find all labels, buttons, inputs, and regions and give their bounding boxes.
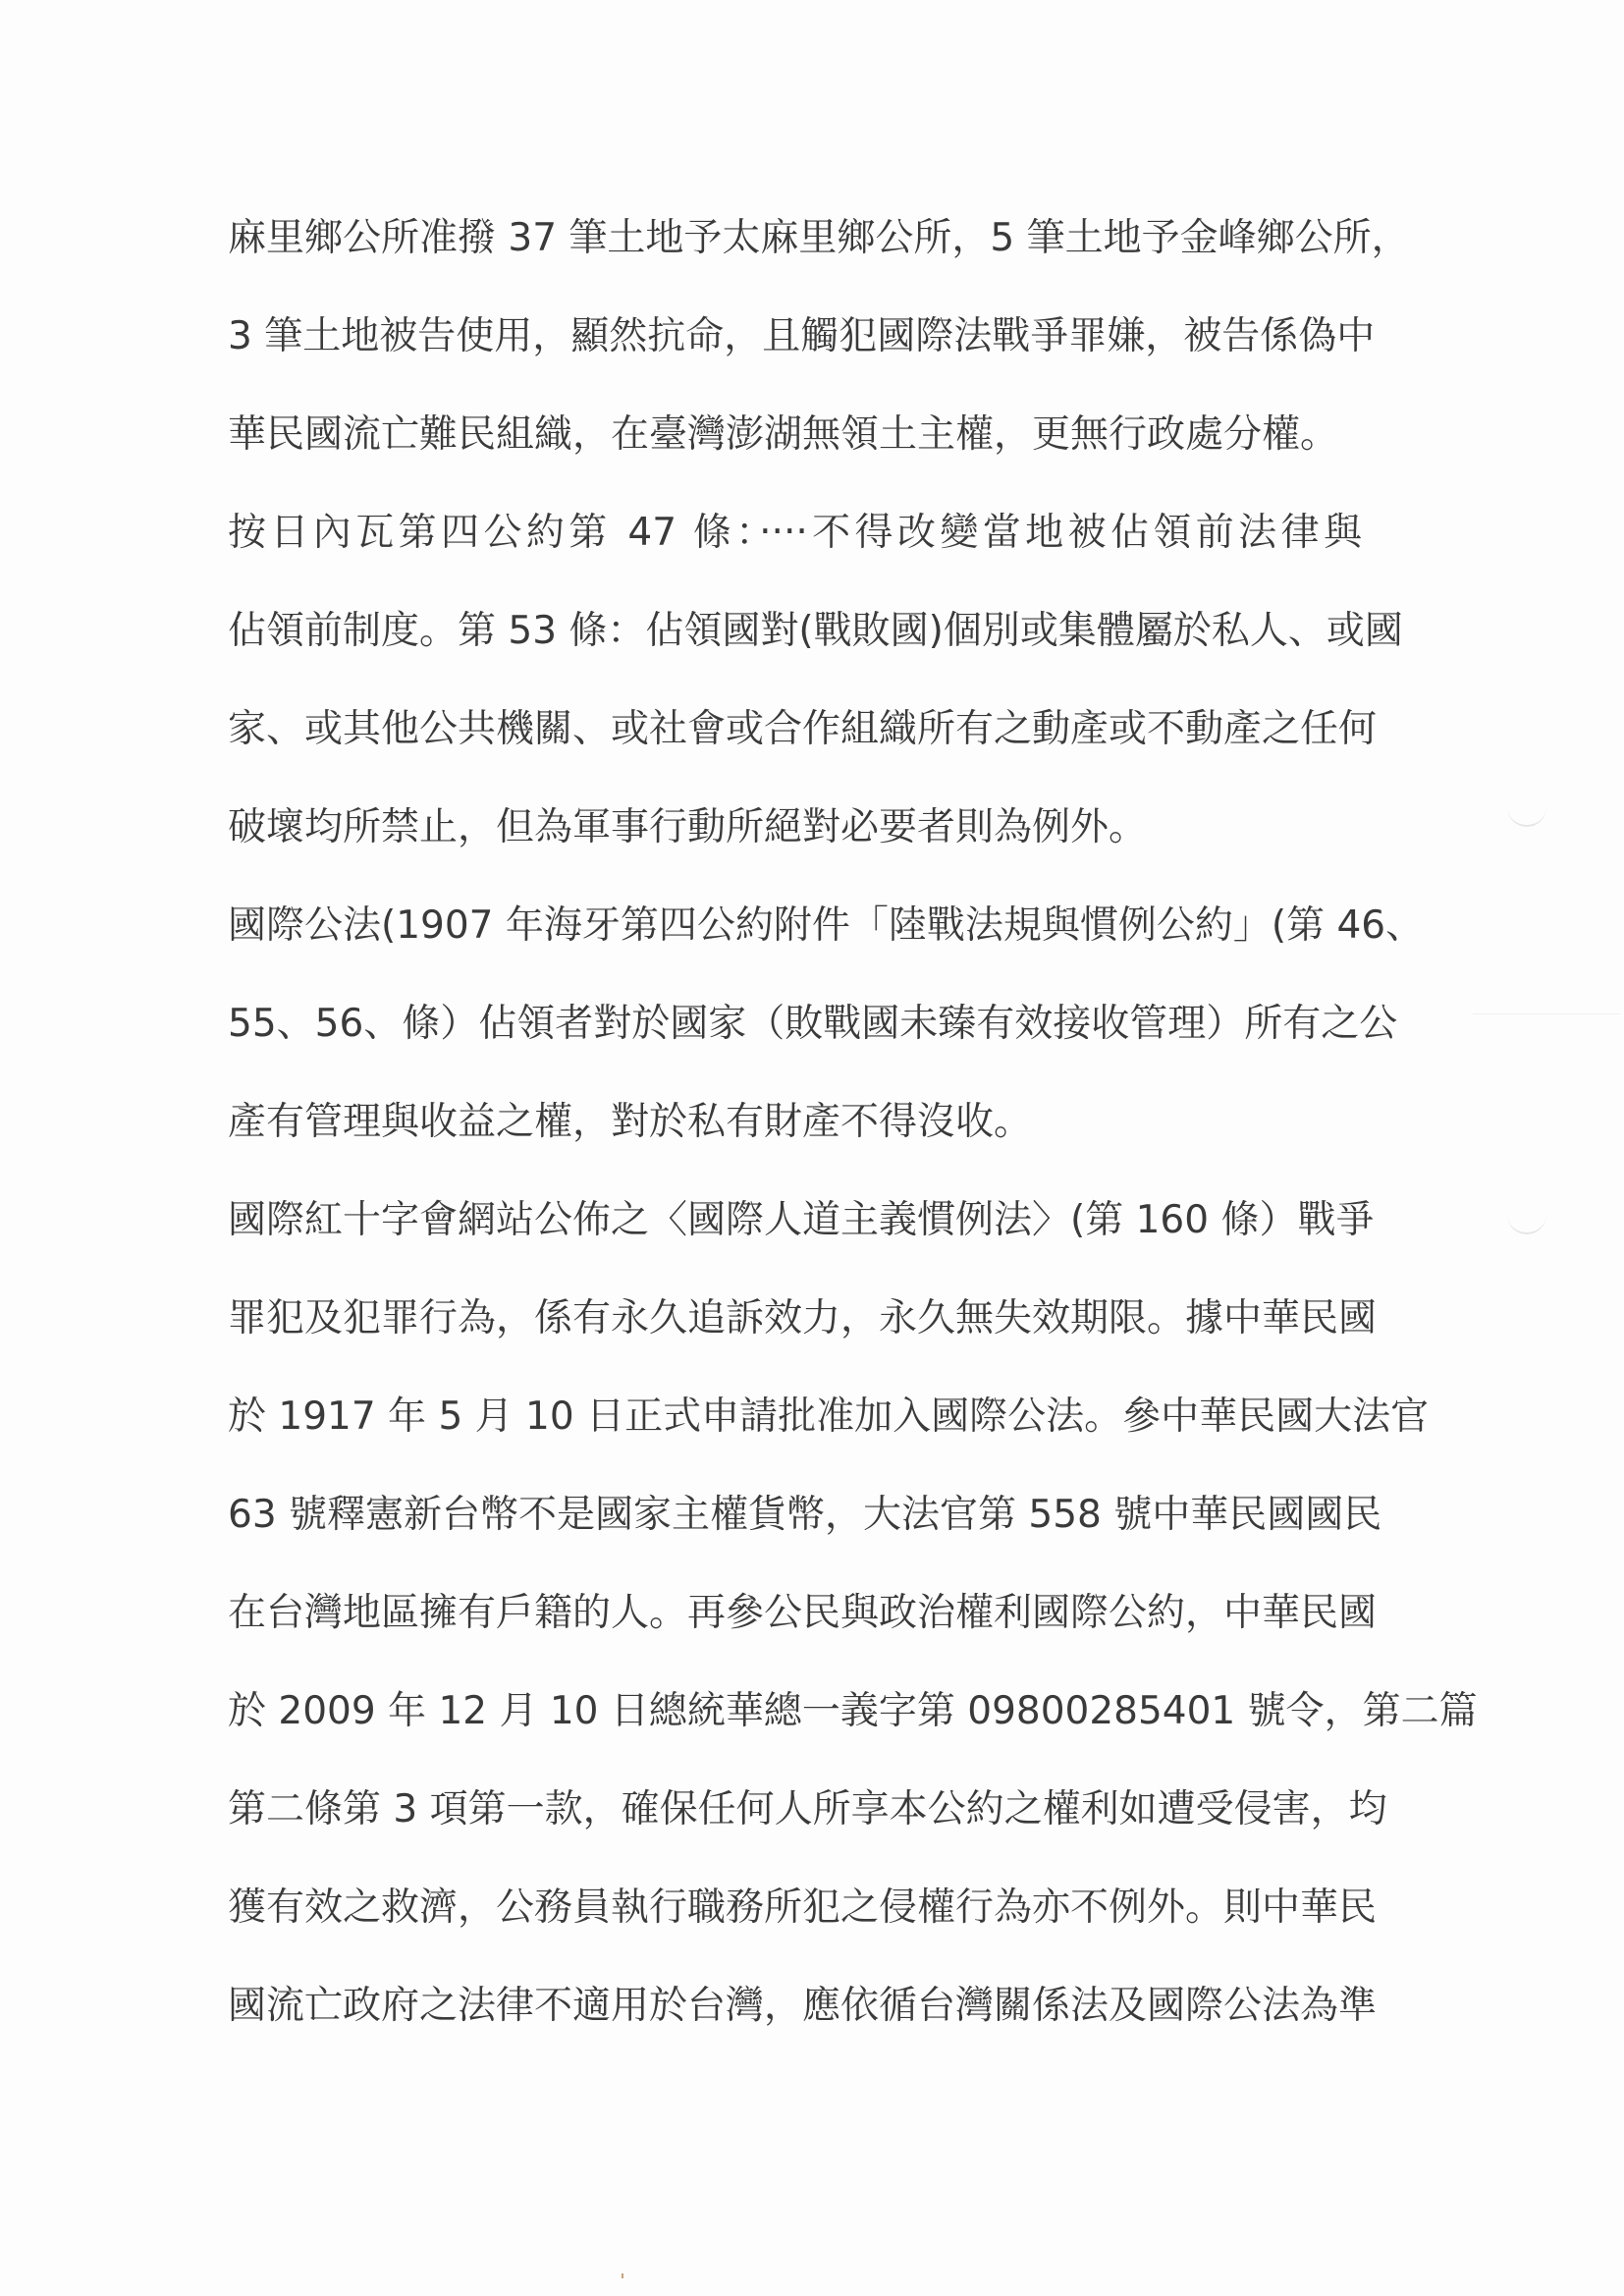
text-line: 國際紅十字會網站公佈之〈國際人道主義慣例法〉(第 160 條）戰爭 — [228, 1194, 1362, 1292]
document-body: 麻里鄉公所准撥 37 筆土地予太麻里鄉公所，5 筆土地予金峰鄉公所， 3 筆土地… — [228, 212, 1367, 2078]
text-line: 63 號釋憲新台幣不是國家主權貨幣，大法官第 558 號中華民國國民 — [228, 1489, 1362, 1587]
text-line: 家、或其他公共機關、或社會或合作組織所有之動產或不動產之任何 — [228, 703, 1362, 801]
punch-hole-mark — [1507, 805, 1546, 827]
scan-speck — [622, 2273, 623, 2278]
text-line: 於 2009 年 12 月 10 日總統華總一義字第 09800285401 號… — [228, 1685, 1362, 1783]
scanned-page: 麻里鄉公所准撥 37 筆土地予太麻里鄉公所，5 筆土地予金峰鄉公所， 3 筆土地… — [0, 0, 1624, 2296]
text-line: 麻里鄉公所准撥 37 筆土地予太麻里鄉公所，5 筆土地予金峰鄉公所， — [228, 212, 1362, 310]
text-line: 國流亡政府之法律不適用於台灣，應依循台灣關係法及國際公法為準 — [228, 1980, 1362, 2078]
text-line: 第二條第 3 項第一款，確保任何人所享本公約之權利如遭受侵害，均 — [228, 1783, 1362, 1882]
text-line: 破壞均所禁止，但為軍事行動所絕對必要者則為例外。 — [228, 801, 1362, 900]
text-line: 國際公法(1907 年海牙第四公約附件「陸戰法規與慣例公約」(第 46、 — [228, 900, 1362, 998]
fold-line — [1473, 1013, 1620, 1014]
text-line: 於 1917 年 5 月 10 日正式申請批准加入國際公法。參中華民國大法官 — [228, 1391, 1362, 1489]
text-line: 佔領前制度。第 53 條：佔領國對(戰敗國)個別或集體屬於私人、或國 — [228, 605, 1362, 703]
text-line: 3 筆土地被告使用，顯然抗命，且觸犯國際法戰爭罪嫌，被告係偽中 — [228, 310, 1362, 409]
text-line: 產有管理與收益之權，對於私有財產不得沒收。 — [228, 1096, 1362, 1194]
text-line: 罪犯及犯罪行為，係有永久追訴效力，永久無失效期限。據中華民國 — [228, 1292, 1362, 1391]
text-line: 55、56、條）佔領者對於國家（敗戰國未臻有效接收管理）所有之公 — [228, 998, 1362, 1096]
text-line: 華民國流亡難民組織，在臺灣澎湖無領土主權，更無行政處分權。 — [228, 409, 1362, 507]
text-line: 獲有效之救濟，公務員執行職務所犯之侵權行為亦不例外。則中華民 — [228, 1882, 1362, 1980]
punch-hole-mark — [1507, 1213, 1546, 1234]
text-line: 按日內瓦第四公約第 47 條：‧‧‧‧不得改變當地被佔領前法律與 — [228, 507, 1362, 605]
text-line: 在台灣地區擁有戶籍的人。再參公民與政治權利國際公約，中華民國 — [228, 1587, 1362, 1685]
